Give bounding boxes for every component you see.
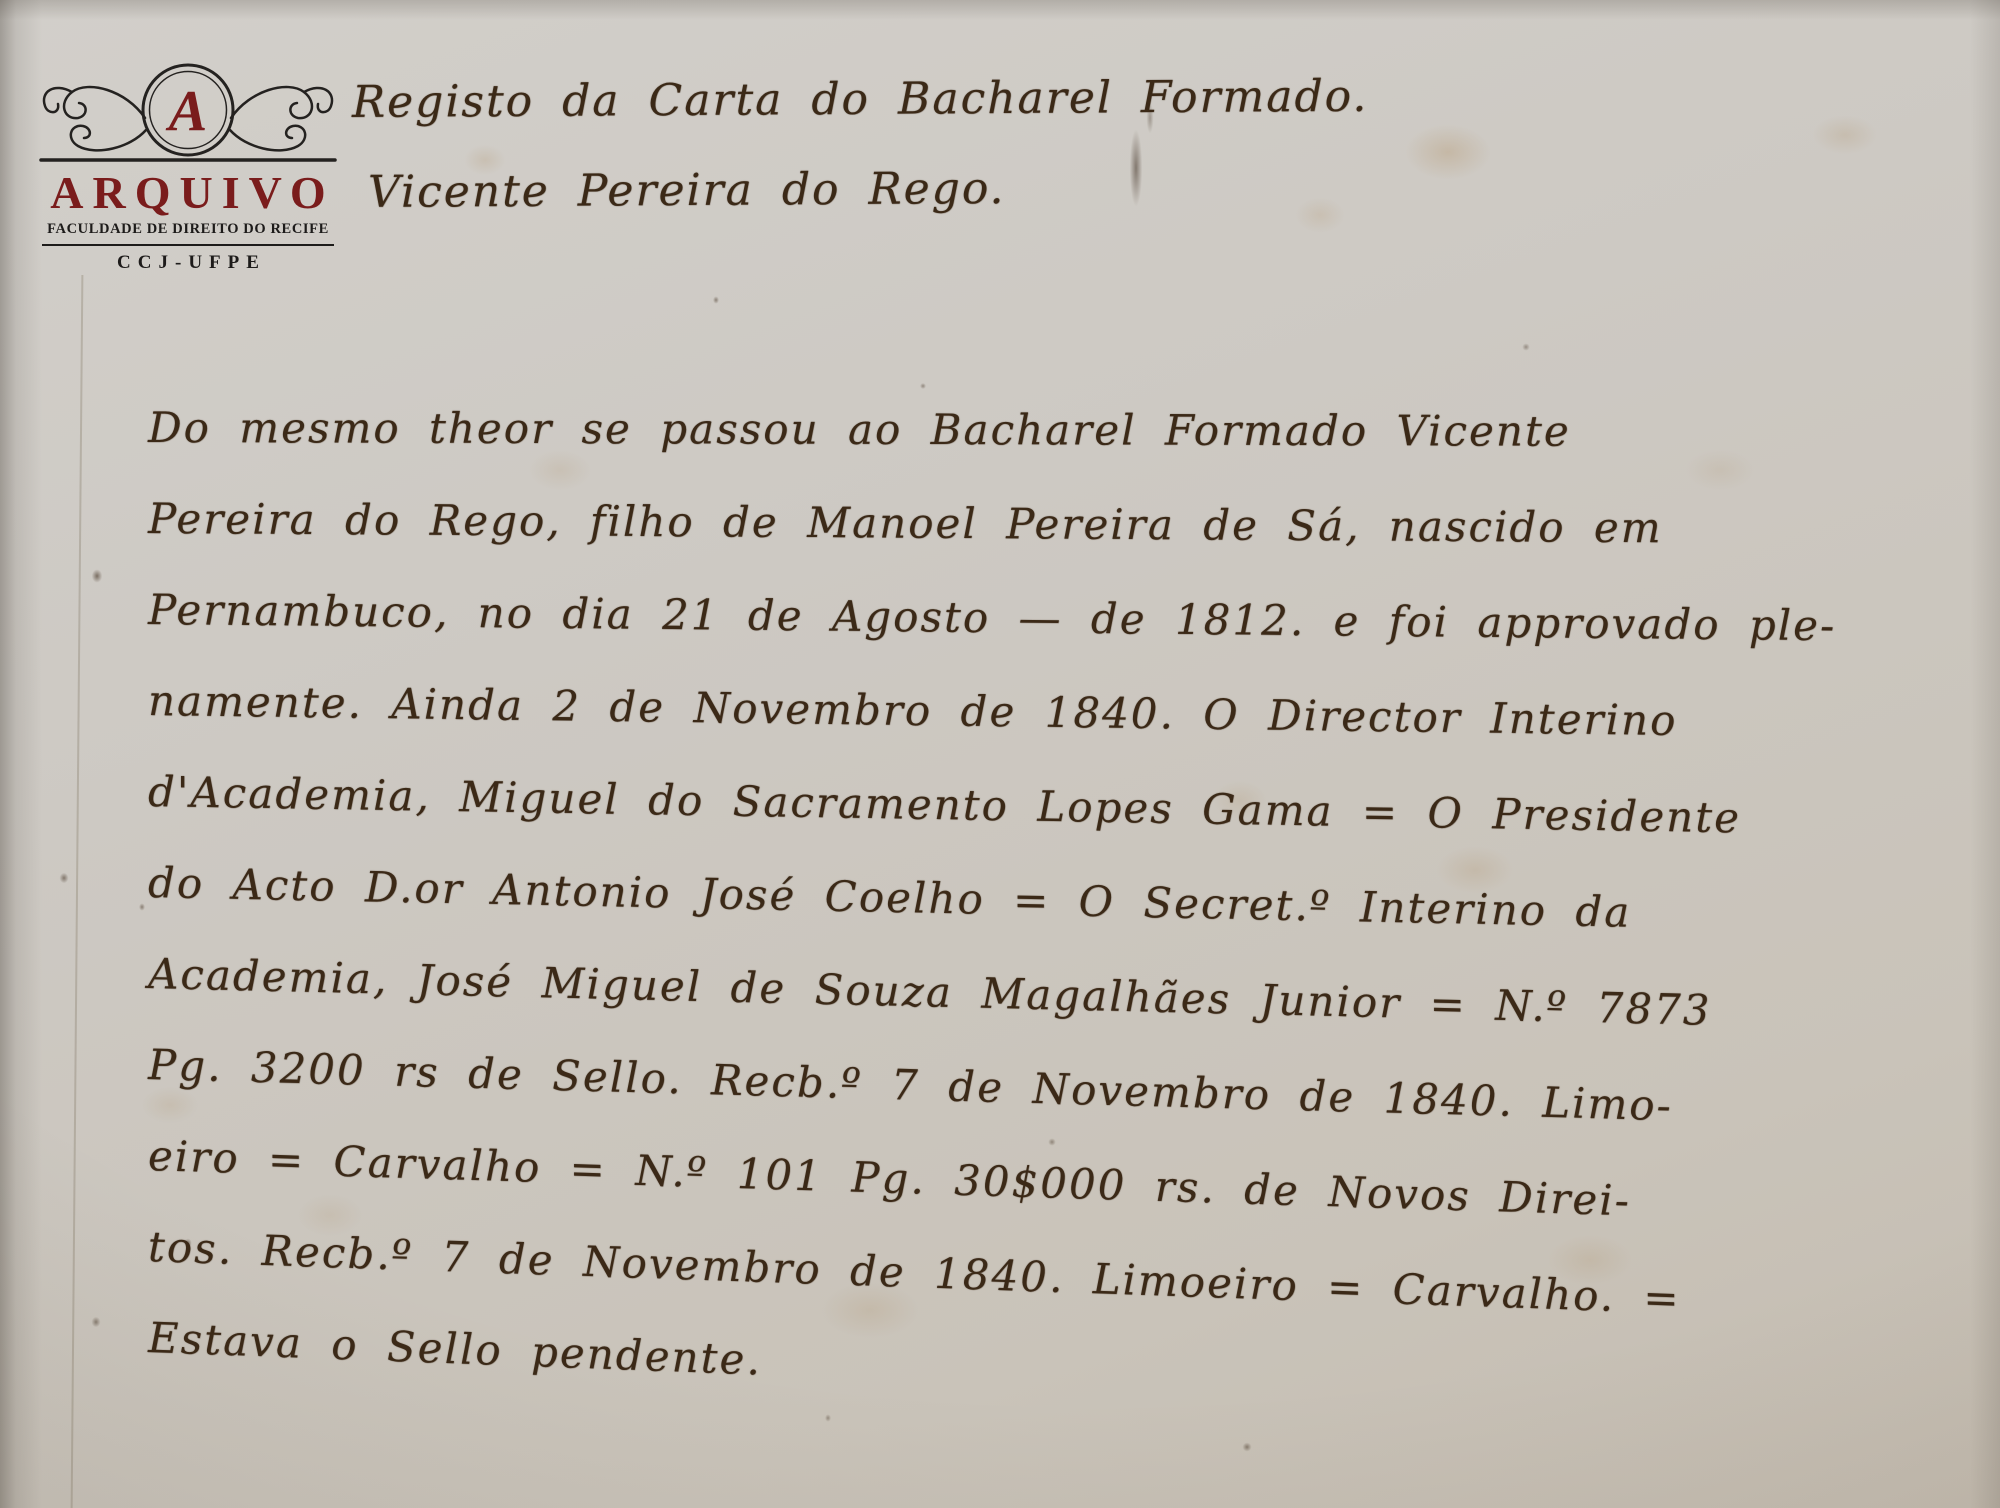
manuscript-line: Pernambuco, no dia 21 de Agosto — de 181…: [148, 564, 1978, 673]
logo-org: CCJ-UFPE: [45, 252, 338, 274]
title-line: Vicente Pereira do Rego.: [352, 142, 1368, 238]
margin-rule-line: [71, 275, 84, 1508]
arquivo-watermark: A ARQUIVO FACULDADE DE DIREITO DO RECIFE…: [38, 52, 338, 274]
logo-flourish-ornament: A: [38, 52, 338, 167]
title-line: Registo da Carta do Bacharel Formado.: [352, 52, 1368, 148]
logo-monogram: A: [166, 78, 208, 143]
manuscript-line: Pereira do Rego, filho de Manoel Pereira…: [148, 473, 1978, 575]
manuscript-body: Do mesmo theor se passou ao Bacharel For…: [148, 382, 1978, 1383]
logo-subtitle: FACULDADE DE DIREITO DO RECIFE: [38, 219, 338, 239]
manuscript-line: Do mesmo theor se passou ao Bacharel For…: [148, 382, 1978, 478]
logo-title: ARQUIVO: [47, 169, 338, 217]
manuscript-title: Registo da Carta do Bacharel Formado. Vi…: [352, 58, 1368, 238]
manuscript-photo: A ARQUIVO FACULDADE DE DIREITO DO RECIFE…: [0, 0, 2000, 1508]
logo-divider: [42, 244, 334, 246]
